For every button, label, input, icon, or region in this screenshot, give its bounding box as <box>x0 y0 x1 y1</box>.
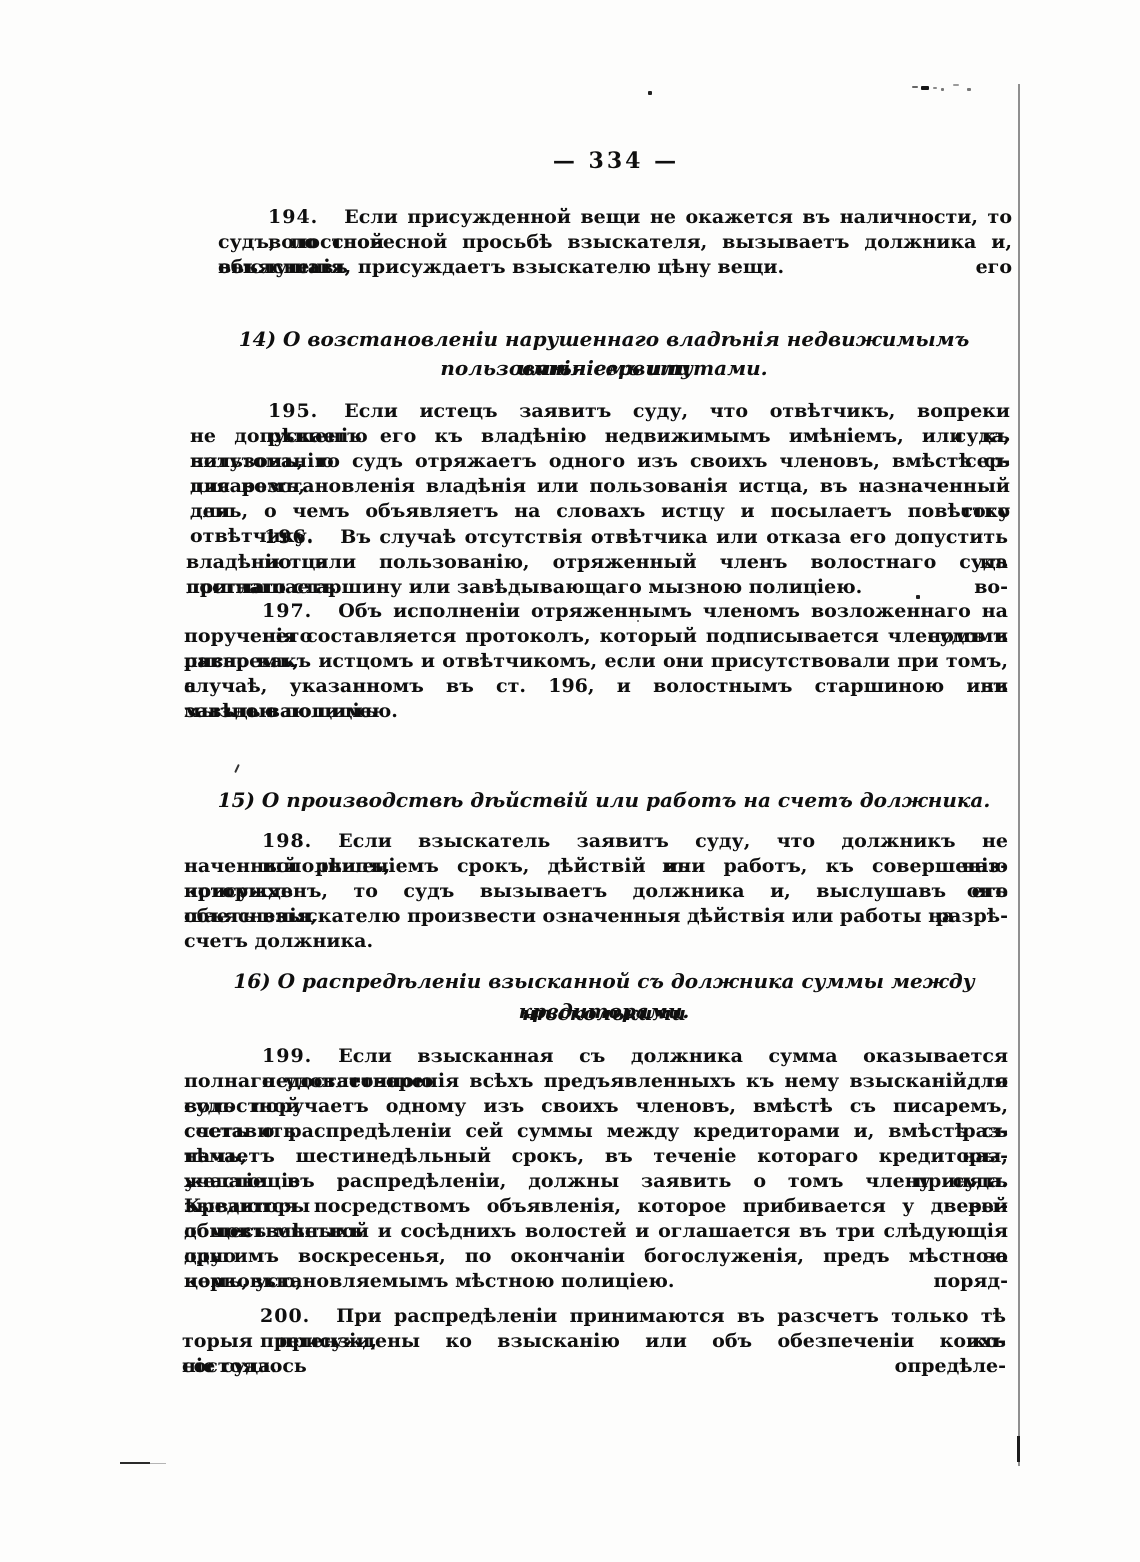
ink-speck <box>953 84 959 86</box>
article-line: равно какъ истцомъ и отвѣтчикомъ, если о… <box>184 649 1008 674</box>
article-number: 199. <box>262 1045 312 1067</box>
ink-speck <box>921 86 929 90</box>
article-line: 197.Объ исполненіи отряженнымъ членомъ в… <box>184 599 1008 624</box>
article-line: 200.При распредѣленіи принимаются въ раз… <box>182 1304 1006 1329</box>
heading-line: 14) О возстановленіи нарушеннаго владѣні… <box>192 325 1016 354</box>
article-line: 194.Если присужденной вещи не окажется в… <box>218 205 1012 230</box>
page-number: — 334 — <box>204 148 1028 174</box>
scan-edge-line-dark-segment <box>1017 1436 1020 1462</box>
article-line: присужденъ, то судъ вызываетъ должника и… <box>184 879 1008 904</box>
section-heading-15: 15) О производствѣ дѣйствій или работъ н… <box>192 786 1016 815</box>
ink-speck <box>941 88 944 91</box>
article-197: 197.Объ исполненіи отряженнымъ членомъ в… <box>184 599 1008 724</box>
article-line: порученія составляется протоколъ, которы… <box>184 624 1008 649</box>
article-line: участіе въ распредѣленіи, должны заявить… <box>184 1169 1008 1194</box>
scanned-book-page: — 334 — 194.Если присужденной вещи не ок… <box>0 0 1140 1562</box>
article-line: судъ поручаетъ одному изъ своихъ членовъ… <box>184 1094 1008 1119</box>
article-number: 200. <box>260 1305 310 1327</box>
ink-speck <box>648 91 652 95</box>
article-number: 197. <box>262 600 312 622</box>
bottom-margin-rule <box>120 1462 150 1464</box>
ink-speck <box>916 595 920 599</box>
article-200: 200.При распредѣленіи принимаются въ раз… <box>182 1304 1006 1379</box>
article-number: 195. <box>268 400 318 422</box>
article-line: счетъ о распредѣленіи сей суммы между кр… <box>184 1119 1008 1144</box>
article-195: 195.Если истецъ заявитъ суду, что отвѣтч… <box>190 399 1010 524</box>
article-number: 194. <box>268 206 318 228</box>
article-196: 196.Въ случаѣ отсутствія отвѣтчика или о… <box>186 525 1008 600</box>
article-line: другимъ воскресенья, по окончаніи богосл… <box>184 1244 1008 1269</box>
article-line: витутомъ, то судъ отряжаетъ одного изъ с… <box>190 449 1010 474</box>
article-number: 198. <box>262 830 312 852</box>
article-number: 196. <box>264 526 314 548</box>
article-198: 198.Если взыскатель заявитъ суду, что до… <box>184 829 1008 929</box>
article-line: полнаго удовлетворенія всѣхъ предъявленн… <box>184 1069 1008 1094</box>
article-line: владѣнію или пользованію, отряженный чле… <box>186 550 1008 575</box>
ink-speck <box>637 620 639 622</box>
scan-edge-line <box>1018 84 1020 1466</box>
article-line: 199.Если взысканная съ должника сумма ок… <box>184 1044 1008 1069</box>
section-heading-16: 16) О распредѣленіи взысканной съ должни… <box>192 965 1016 1026</box>
article-line: 196.Въ случаѣ отсутствія отвѣтчика или о… <box>186 525 1008 550</box>
article-line: шаетъ взыскателю произвести означенныя д… <box>184 904 1008 929</box>
article-line: начаетъ шестинедѣльный срокъ, въ теченіе… <box>184 1144 1008 1169</box>
section-heading-14: 14) О возстановленіи нарушеннаго владѣні… <box>192 325 1016 383</box>
article-199: 199.Если взысканная съ должника сумма ок… <box>184 1044 1008 1294</box>
bottom-margin-rule-tail <box>150 1463 166 1464</box>
ink-speck <box>912 86 918 88</box>
article-194: 194.Если присужденной вещи не окажется в… <box>218 205 1012 280</box>
article-line: наченный рѣшеніемъ срокъ, дѣйствій или р… <box>184 854 1008 879</box>
article-line: день, о чемъ объявляетъ на словахъ истцу… <box>190 499 1010 524</box>
heading-line: кредиторами. <box>192 997 1016 1026</box>
article-line: не допускаетъ его къ владѣнію недвижимым… <box>190 424 1010 449</box>
article-line: домовъ мѣстной и сосѣднихъ волостей и ог… <box>184 1219 1008 1244</box>
ink-tick-mark <box>234 764 240 773</box>
ink-speck <box>967 88 971 91</box>
ink-speck <box>933 87 937 89</box>
heading-line: 16) О распредѣленіи взысканной съ должни… <box>192 965 1016 997</box>
article-line: для возстановленія владѣнія или пользова… <box>190 474 1010 499</box>
heading-line: пользованія сервитутами. <box>192 354 1016 383</box>
article-line: мызною полиціею. <box>184 699 1008 724</box>
article-line: 195.Если истецъ заявитъ суду, что отвѣтч… <box>190 399 1010 424</box>
article-line: судъ, по словесной просьбѣ взыскателя, в… <box>218 230 1012 255</box>
article-line: 198.Если взыскатель заявитъ суду, что до… <box>184 829 1008 854</box>
article-line: торыя присуждены ко взысканію или объ об… <box>182 1329 1006 1354</box>
article-line: зываются посредствомъ объявленія, которо… <box>184 1194 1008 1219</box>
heading-line: 15) О производствѣ дѣйствій или работъ н… <box>192 786 1016 815</box>
article-line: случаѣ, указанномъ въ ст. 196, и волостн… <box>184 674 1008 699</box>
